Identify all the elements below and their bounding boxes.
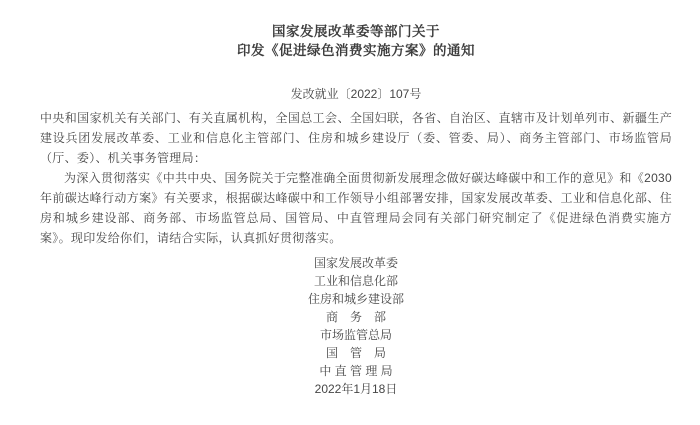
document-body: 中央和国家机关有关部门、有关直属机构，全国总工会、全国妇联，各省、自治区、直辖市… <box>40 108 672 248</box>
signature-agency-mohurd: 住房和城乡建设部 <box>40 290 672 308</box>
signature-date: 2022年1月18日 <box>40 380 672 398</box>
signature-agency-ndrc: 国家发展改革委 <box>40 254 672 272</box>
title-line-1: 国家发展改革委等部门关于 <box>40 22 672 41</box>
notice-document: 国家发展改革委等部门关于 印发《促进绿色消费实施方案》的通知 发改就业〔2022… <box>0 0 700 425</box>
title-line-2: 印发《促进绿色消费实施方案》的通知 <box>40 41 672 60</box>
signature-agency-samr: 市场监管总局 <box>40 326 672 344</box>
document-title: 国家发展改革委等部门关于 印发《促进绿色消费实施方案》的通知 <box>40 22 672 60</box>
recipients-paragraph: 中央和国家机关有关部门、有关直属机构，全国总工会、全国妇联，各省、自治区、直辖市… <box>40 108 672 168</box>
signature-agency-mofcom: 商 务 部 <box>40 308 672 326</box>
signature-agency-ggj: 国 管 局 <box>40 344 672 362</box>
signature-agency-zzglj: 中 直 管 理 局 <box>40 362 672 380</box>
main-paragraph: 为深入贯彻落实《中共中央、国务院关于完整准确全面贯彻新发展理念做好碳达峰碳中和工… <box>40 168 672 248</box>
signature-agency-miit: 工业和信息化部 <box>40 272 672 290</box>
signature-block: 国家发展改革委 工业和信息化部 住房和城乡建设部 商 务 部 市场监管总局 国 … <box>40 254 672 398</box>
document-number: 发改就业〔2022〕107号 <box>40 84 672 104</box>
